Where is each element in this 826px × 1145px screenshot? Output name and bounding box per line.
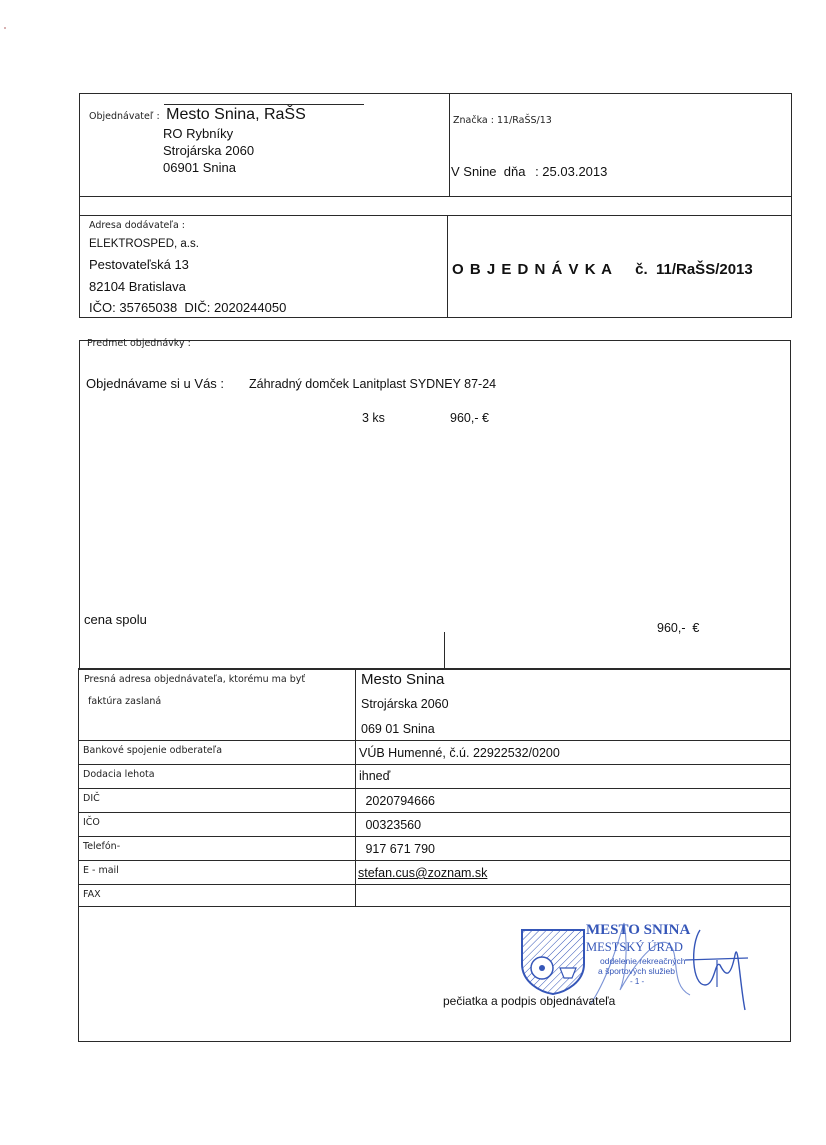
billing-address-label-2: faktúra zaslaná (85, 696, 161, 707)
total-value: 960,- € (657, 621, 699, 635)
bank-label: Bankové spojenie odberateľa (83, 745, 222, 756)
orderer-underline (164, 104, 364, 105)
ico-label: IČO (83, 817, 100, 828)
place-date-label: V Snine dňa (451, 164, 525, 179)
subject-intro: Objednávame si u Vás : (86, 376, 224, 391)
divider (79, 215, 792, 216)
divider (444, 632, 445, 670)
billing-address-line-1: Mesto Snina (361, 671, 444, 688)
scan-speck (4, 27, 6, 29)
divider (78, 764, 791, 765)
phone-label: Telefón- (83, 841, 120, 852)
divider (78, 884, 791, 885)
orderer-label: Objednávateľ : (89, 111, 160, 122)
supplier-name: ELEKTROSPED, a.s. (89, 238, 199, 250)
total-label: cena spolu (84, 612, 147, 627)
divider (78, 860, 791, 861)
document-title: O B J E D N Á V K A č. 11/RaŠS/2013 (452, 261, 753, 278)
divider (355, 668, 356, 906)
divider (78, 906, 791, 907)
document-title-text: O B J E D N Á V K A (452, 261, 613, 278)
subject-price: 960,- € (450, 411, 489, 425)
divider (79, 196, 792, 197)
dic-label: DIČ (83, 793, 100, 804)
dic-value: 2020794666 (362, 794, 435, 808)
email-link[interactable]: stefan.cus@zoznam.sk (358, 866, 487, 880)
document-number: č. 11/RaŠS/2013 (635, 261, 753, 278)
orderer-name: Mesto Snina, RaŠS (166, 106, 306, 123)
reference-value: 11/RaŠS/13 (497, 115, 552, 126)
divider (78, 836, 791, 837)
subject-label: Predmet objednávky : (87, 338, 191, 349)
orderer-line-3: 06901 Snina (163, 160, 236, 175)
orderer-line-2: Strojárska 2060 (163, 143, 254, 158)
delivery-label: Dodacia lehota (83, 769, 155, 780)
signature-caption: pečiatka a podpis objednávateľa (443, 994, 615, 1008)
supplier-city: 82104 Bratislava (89, 279, 186, 294)
ico-value: 00323560 (362, 818, 421, 832)
divider (447, 215, 448, 318)
email-label: E - mail (83, 865, 119, 876)
subject-item: Záhradný domček Lanitplast SYDNEY 87-24 (249, 377, 496, 391)
orderer-line-1: RO Rybníky (163, 126, 233, 141)
phone-value: 917 671 790 (362, 842, 435, 856)
divider (78, 740, 791, 741)
date-value: : 25.03.2013 (535, 164, 607, 179)
billing-address-line-3: 069 01 Snina (361, 722, 435, 736)
reference-label: Značka : (453, 115, 494, 126)
billing-address-label: Presná adresa objednávateľa, ktorému ma … (84, 674, 305, 685)
fax-label: FAX (83, 889, 101, 900)
place-date: V Snine dňa : 25.03.2013 (451, 164, 607, 179)
divider (449, 93, 450, 196)
delivery-value: ihneď (359, 769, 390, 783)
divider (78, 812, 791, 813)
divider (78, 788, 791, 789)
supplier-ids: IČO: 35765038 DIČ: 2020244050 (89, 300, 286, 315)
coat-of-arms-icon (520, 928, 586, 996)
billing-address-line-2: Strojárska 2060 (361, 697, 449, 711)
orderer-section: Objednávateľ : Mesto Snina, RaŠS (89, 106, 306, 124)
supplier-street: Pestovateľská 13 (89, 257, 189, 272)
bank-value: VÚB Humenné, č.ú. 22922532/0200 (359, 746, 560, 760)
subject-quantity: 3 ks (362, 411, 385, 425)
supplier-label: Adresa dodávateľa : (89, 220, 185, 231)
reference: Značka : 11/RaŠS/13 (453, 115, 552, 126)
